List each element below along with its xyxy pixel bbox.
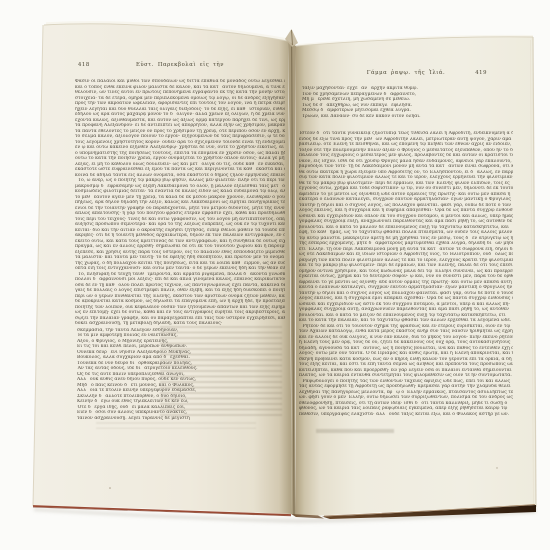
right-page-prose-paragraph-2: Ῥαψῳδολογεῖ ὁ ποιητὴς τὰς τῶν ἐλθόντων τ… [299,379,513,418]
right-page-verse-quotation: τάξιν μαχήσονται· ἔγχε᾽ ἀν᾽ ἀρχὴν ἄκριτα… [299,86,513,119]
text-line: γομφαλὰς συγχροίᾳ εὐξῇ, ἀναχρωννύει παρε… [299,219,513,225]
text-line: οπτα εἴη τοῖς ἐντυγχάνουσι· καὶ οὕτω μὲν… [75,266,285,272]
left-page-number: 418 [78,62,90,69]
text-line: κοσμιώδεις φιλοτιμίας δεῖται· τὰ ἐναντία… [75,189,285,195]
text-line: λόγος ἐκεῖνος, καὶ ἡ συγχαρία καὶ ἡ εὐφη… [299,208,513,214]
text-line: πολλοὶ δ᾽ ἀφραίνουσί μοι λέξεις· ἐπὶ δὲ … [75,277,285,283]
left-running-head: 418 Εὐστ. Παρεκβολαὶ εἰς τὴν [75,62,285,69]
text-line: οὕτω τὸ κατὰ τὴν ποίησιν χρεία, ἔργον ὀν… [75,156,285,162]
text-line: θέλουσιν, ὧν τινες αὐτοὶ ἐν πρώτοις πεπο… [75,90,285,96]
text-line: πήξεως, ἄρα δῆλον δηλαδὴ τὴν λέξιν, καλῶ… [75,200,285,206]
text-line: σίᾳ τῶν κατὰ πόλιν φιλοτιμιῶν ἄλλως τε κ… [299,175,513,181]
text-line: ὤν. φησὶ γοῦν ὁ μὲν Ἕλλην, οὕτω δηλώσει … [299,395,513,401]
paper-speck [109,487,111,489]
text-line: παλαιὸν τοῖς ἐγχωρίοις ὁ μεσαίτερος μὲν … [299,153,513,159]
text-line: τῆς ἑσπέρας ἐρχομένης, μήτε δ᾽ ἀμφοτέρου… [299,241,513,247]
text-line: ὡς ὅτε Λακεδαίμων καὶ ἐξ ἰδίων ἱστοριῶν … [299,252,513,258]
text-line: τὸ σέλμα καλόν, ἀξιόλογον ποιοῦν τὸ ἔργο… [75,134,285,140]
text-line: πρᾶγμα, ὡς καὶ ἐν ἄλλοις ἐρρέθη· σημείωσ… [75,244,285,250]
text-line: ἔγγονος οὕτω, χρῆμα καὶ τόδε σοφιστικόν·… [299,186,513,192]
book-photo-page: { "colors": { "background": "#fbfbf9", "… [0,0,550,550]
text-line: τῶν Ἀχαιῶν καταλόγῳ, ἔνθα κατὰ μέρος ἕκα… [299,329,513,335]
text-line: γομφαλὰς συγχροίᾳ αὐτῇ, ἀναχρωννύειν παρ… [299,307,513,313]
text-line: βασιλείῳ. ὅτε Ἑλένη τε πεισθῆναι, καὶ ὡς… [299,142,513,148]
paper-speck [496,467,497,468]
left-running-title: Εὐστ. Παρεκβολαὶ εἰς τὴν [75,62,285,69]
text-line: τὰς αὐτὰς ἐφόρμησε τῇ Ἀφροδίτῃ ὡς προεδη… [299,384,513,390]
text-line: ἡ Ἑλένη τοὺς μὲν ὁρᾷ, τοὺς δὲ οὔ, ζητεῖ … [299,340,513,346]
text-line: Τρώων, καὶ Δαναῶν· σὺ δέ κεν κακὸν οἶτον… [302,114,513,120]
text-line: ἑκατέρα ὁ ἐλαύνων καταλέγει, συγχρῶν ἑαυ… [299,197,513,203]
text-line: πρὸς τὴν τῶν ἀκροατῶν ὠφέλειαν, ἀφορίσαν… [75,101,285,107]
text-line: ἔφη, τὸ καθ᾽ ἡμᾶς, ὡς τὸ ταχυτάτῳ φθάσαι… [299,230,513,236]
text-line: γαῖς δὲ πολλαῖς ὁ λόγος ἐπιστρέφει πάλιν… [75,288,285,294]
text-line: δὲ ἀποκρίνεται κατὰ κόσμον, ὡς δηλώσει τ… [75,299,285,305]
text-line: πάθεσιν, ὑπεργράψας ἐλάχιστα· ἀλλ᾽ οὐδὲ … [299,412,513,418]
text-line: τοῖς ἑξῆς κεῖται, καὶ ἔστι τὰ ἔπη ταῦτα … [299,362,513,368]
text-line: λόγος· οὕτω μὲν οὖν ταῦτα. Ὁ δὲ Πρίαμος … [299,351,513,357]
text-line: Τό, ὦ ἄνερ, ὡς ὁ ποιητὴς τῷ μακρῷ βίῳ φη… [75,178,285,184]
text-line: τὰ μάλιστα· καὶ ταῦτα μὲν ταύτῃ· τὸ δὲ ἐ… [75,255,285,261]
right-page-text-block: Γάμμα ῥαψῳ. τῆς Ἰλιά. 419 τάξιν μαχήσοντ… [299,70,513,417]
text-line: ἐν ᾧ καὶ οὕτω κἀκεῖνο ἐξῆλθεν Ἀλεξάνδρῳ·… [75,145,285,151]
left-page-prose: Φασὶν οἱ παλαιοὶ καὶ μῦθοι τῶν σπουδαίων… [75,79,285,327]
text-line: ἑκάστοτε ὥστε εὐφραίνεσθαι ἐξ ἐμοῦ τὰ πά… [75,167,285,173]
text-line: τὰ προφανῆ Ἀλεξάνδρου· εἰ δὲ ἀντιπίπτει … [75,123,285,129]
text-line: Φασὶν οἱ παλαιοὶ καὶ μῦθοι τῶν σπουδαίων… [75,79,285,85]
text-line: ἁπλῶς ἀπαιτούσης· ἡ γὰρ τοῦ ποιητοῦ φράσ… [75,211,285,217]
text-line: ἀκριβές· ὅτι δὲ ἡ τοιαύτη μέθοδος ἀρχαϊκ… [75,233,285,239]
text-line: αὔξησις προσώπου σεμνοτέρα· καὶ ὅρα τὸ τ… [75,222,285,228]
text-line: λόγος ἐκεῖνος, καὶ ἡ συγχαρία ἐμοὶ ἀπαρκ… [299,296,513,302]
text-line: καί τε τῷ μακρῷ βίῳ φιλοτιμεῖν· περὶ δὲ … [299,263,513,269]
text-line: ἐδήλου ὡς ἄρα αὐτὸς μαχαίρᾳ μόνον τὸ δ᾽ … [75,112,285,118]
text-line: φθόνος, ὧν τὰ καίρια ταῖς λοιπαῖς ῥαψῳδί… [299,406,513,412]
text-line: καυτὰ ὁ ἐλαύνων καταλέγει, συγχρῶν ἑαυτο… [299,285,513,291]
text-line: ἔγκειται οὕτως, χρῆμα καὶ τὸ δεύτερον σο… [299,274,513,280]
left-page-ink-showthrough [160,326,282,418]
left-page-ink-showthrough-lower [96,422,256,429]
text-line: βαρύδοξοι τῶν τότε· τῇ δὲ Λακεδαίμονι μό… [299,164,513,170]
right-page-number: 419 [475,70,487,77]
right-page-ink-showthrough [316,429,394,433]
text-line: ὡς ἐν ἐπιτομῇ· ἔχει δὲ οὕτω, καθὰ καὶ ἐν… [75,310,285,316]
right-page-prose: Ἰστέον δ᾽ ὅτι ταῦτα γυναικείᾳ ζηλοτυπίᾳ … [299,131,513,379]
right-running-head: Γάμμα ῥαψῳ. τῆς Ἰλιά. 419 [299,70,513,77]
text-line: Ἰστέον δ᾽ ὅτι ταῦτα γυναικείᾳ ζηλοτυπίᾳ … [299,131,513,137]
text-line: καὶ τὸ κατὰ τὴν παλαιάν, καὶ τὸ ταχυτάτῳ… [299,318,513,324]
